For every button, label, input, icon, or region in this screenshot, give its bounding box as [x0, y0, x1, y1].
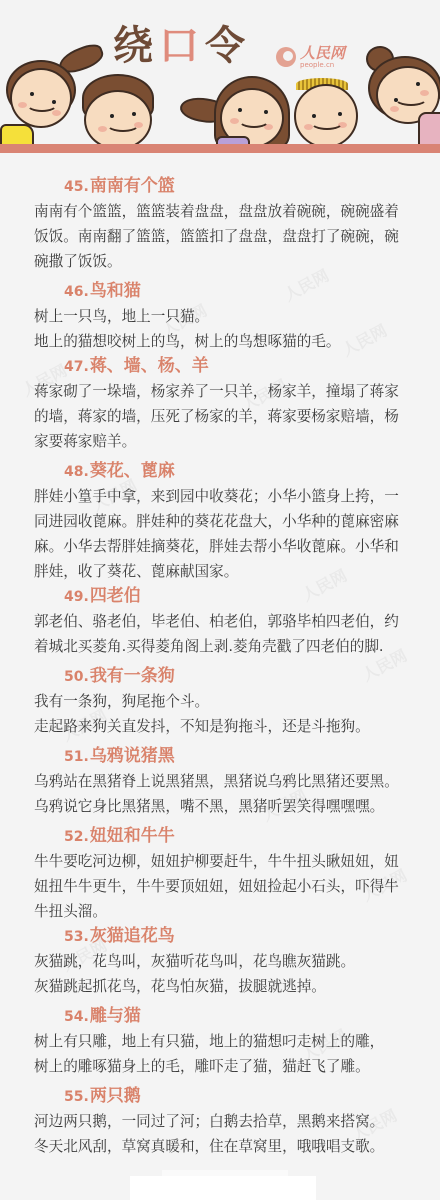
- twister-heading: 49.四老伯: [64, 585, 141, 608]
- twister-heading: 53.灰猫追花鸟: [64, 925, 175, 948]
- twister-heading: 54.雕与猫: [64, 1005, 141, 1028]
- twister-heading: 55.两只鹅: [64, 1085, 141, 1108]
- logo-cn-text: 人民网: [300, 46, 345, 61]
- title-char-1: 绕: [113, 23, 159, 69]
- boy-face-icon: [84, 90, 152, 144]
- people-logo-icon: [276, 47, 296, 67]
- twister-text: 南南有个篮篮，篮篮装着盘盘，盘盘放着碗碗，碗碗盛着饭饭。南南翻了篮篮，篮篮扣了盘…: [34, 199, 412, 274]
- twister-heading: 51.乌鸦说猪黑: [64, 745, 175, 768]
- twister-text: 灰猫跳，花鸟叫，灰猫听花鸟叫，花鸟瞧灰猫跳。灰猫跳起抓花鸟，花鸟怕灰猫，拔腿就逃…: [34, 949, 412, 999]
- twister-text: 牛牛要吃河边柳，妞妞护柳要赶牛，牛牛扭头瞅妞妞，妞妞扭牛牛更牛，牛牛要顶妞妞，妞…: [34, 849, 412, 924]
- twister-heading: 52.妞妞和牛牛: [64, 825, 175, 848]
- twister-text: 乌鸦站在黑猪脊上说黑猪黑，黑猪说乌鸦比黑猪还要黑。乌鸦说它身比黑猪黑，嘴不黑，黑…: [34, 769, 412, 819]
- header-divider-stripe: [0, 144, 440, 153]
- girl-center-shirt-icon: [216, 136, 250, 144]
- twister-heading: 50.我有一条狗: [64, 665, 175, 688]
- title-char-2: 口: [159, 23, 205, 69]
- twister-heading: 46.鸟和猫: [64, 280, 141, 303]
- twister-text: 河边两只鹅，一同过了河；白鹅去拾草，黑鹅来搭窝。冬天北风刮，草窝真暖和，住在草窝…: [34, 1109, 412, 1159]
- twister-text: 胖娃小篁手中拿，来到园中收葵花；小华小篮身上挎，一同进园收蓖麻。胖娃种的葵花花盘…: [34, 484, 412, 584]
- twister-heading: 45.南南有个篮: [64, 175, 175, 198]
- banner-header: 绕口令 人民网 people.cn: [0, 0, 440, 144]
- twister-text: 郭老伯、骆老伯，毕老伯、柏老伯，郭骆毕柏四老伯，约着城北买菱角.买得菱角阁上剥.…: [34, 609, 412, 659]
- logo-en-text: people.cn: [300, 62, 345, 69]
- footer-blank-panel: [130, 1176, 316, 1200]
- people-cn-logo: 人民网 people.cn: [276, 44, 345, 70]
- twister-text: 蒋家砌了一垛墙，杨家养了一只羊，杨家羊，撞塌了蒋家的墙，蒋家的墙，压死了杨家的羊…: [34, 379, 412, 454]
- twister-heading: 47.蒋、墙、杨、羊: [64, 355, 209, 378]
- tongue-twister-list: 人民网 人民网 人民网 人民网 人民网 人民网 人民网 人民网 人民网 人民网 …: [0, 153, 440, 1200]
- twister-text: 树上有只雕，地上有只猫，地上的猫想叼走树上的雕，树上的雕啄猫身上的毛，雕吓走了猫…: [34, 1029, 412, 1079]
- page-title: 绕口令: [113, 22, 251, 70]
- boy-round-face-icon: [294, 84, 358, 144]
- girl-right-shirt-icon: [418, 112, 440, 144]
- twister-text: 我有一条狗，狗尾拖个斗。走起路来狗关直发抖，不知是狗拖斗，还是斗拖狗。: [34, 689, 412, 739]
- twister-text: 树上一只鸟，地上一只猫。地上的猫想咬树上的鸟，树上的鸟想啄猫的毛。: [34, 304, 412, 354]
- twister-heading: 48.葵花、蓖麻: [64, 460, 175, 483]
- girl-left-shirt-icon: [0, 124, 34, 144]
- girl-left-face-icon: [10, 68, 72, 128]
- title-char-3: 令: [205, 23, 251, 69]
